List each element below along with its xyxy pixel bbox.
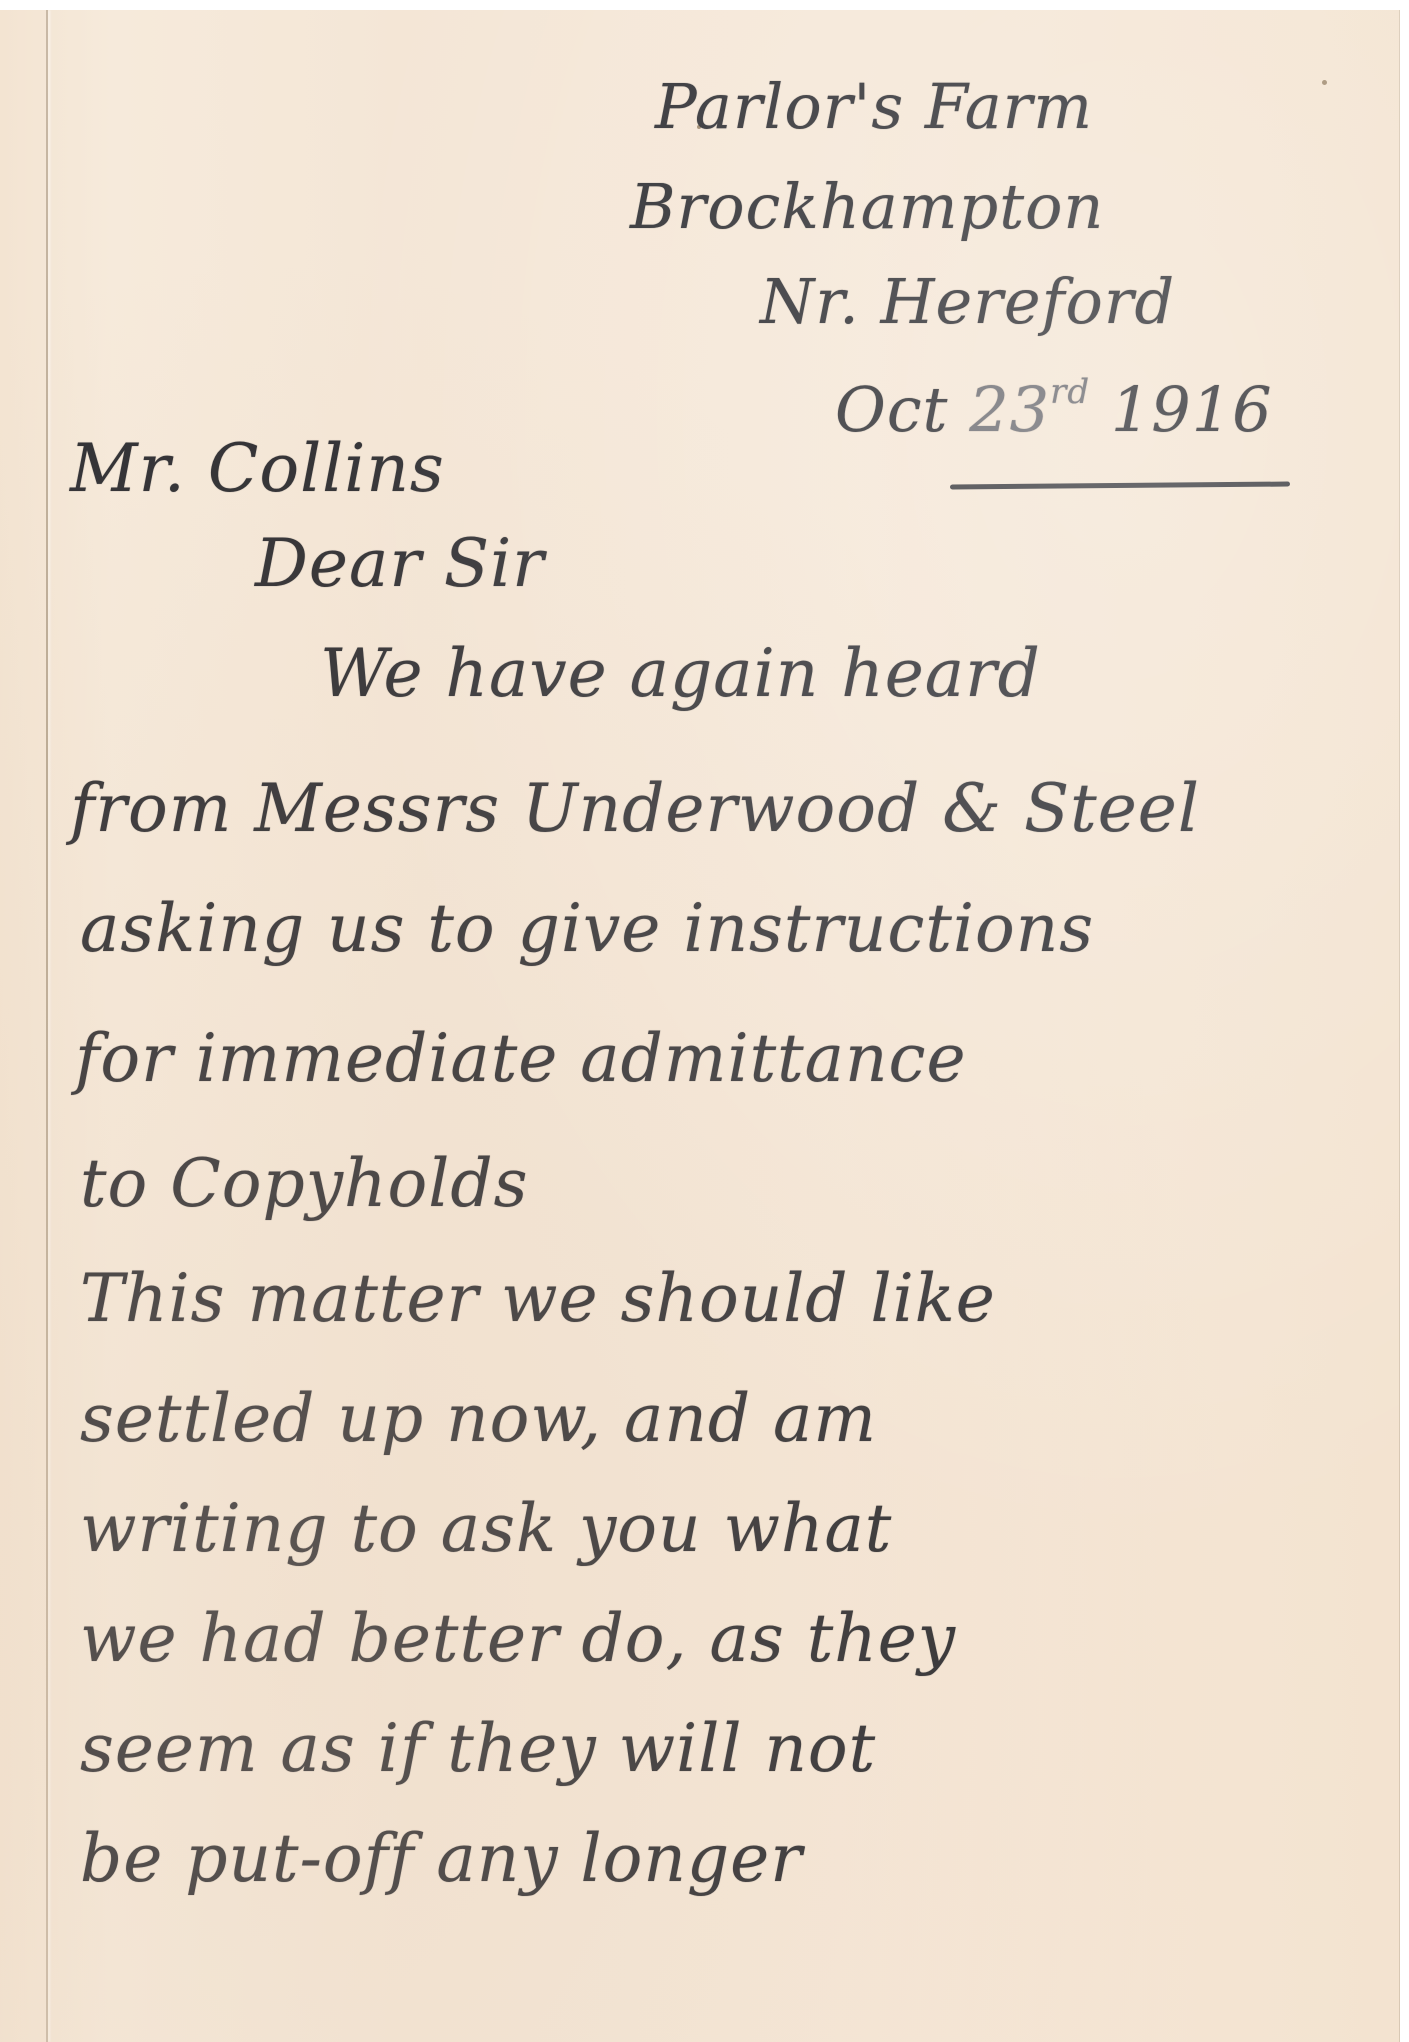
date-year: 1916 <box>1111 373 1273 446</box>
date-month: Oct <box>835 373 948 446</box>
date-underline <box>950 482 1290 490</box>
body-line: be put-off any longer <box>80 1820 803 1897</box>
body-line: seem as if they will not <box>80 1710 876 1787</box>
date-day: 23 <box>969 373 1050 446</box>
salutation: Dear Sir <box>255 525 545 602</box>
body-line: to Copyholds <box>80 1145 528 1222</box>
body-line: asking us to give instructions <box>80 890 1094 967</box>
letter-date: Oct 23rd 1916 <box>835 372 1273 446</box>
date-day-suffix: rd <box>1050 372 1090 412</box>
paper-speck <box>1322 80 1327 85</box>
body-line: writing to ask you what <box>80 1490 892 1567</box>
paper-edge <box>1399 10 1400 2042</box>
body-line: for immediate admittance <box>75 1020 967 1097</box>
address-line-2: Brockhampton <box>630 170 1104 243</box>
fold-crease <box>46 10 48 2042</box>
body-line: from Messrs Underwood & Steel <box>70 770 1200 847</box>
body-line: We have again heard <box>320 635 1041 712</box>
address-line-1: Parlor's Farm <box>655 70 1093 143</box>
address-line-3: Nr. Hereford <box>760 265 1175 338</box>
body-line: settled up now, and am <box>80 1380 877 1457</box>
letter-sheet: Parlor's Farm Brockhampton Nr. Hereford … <box>0 10 1400 2042</box>
body-line: This matter we should like <box>80 1260 996 1337</box>
body-line: we had better do, as they <box>80 1600 956 1677</box>
recipient: Mr. Collins <box>70 430 445 507</box>
